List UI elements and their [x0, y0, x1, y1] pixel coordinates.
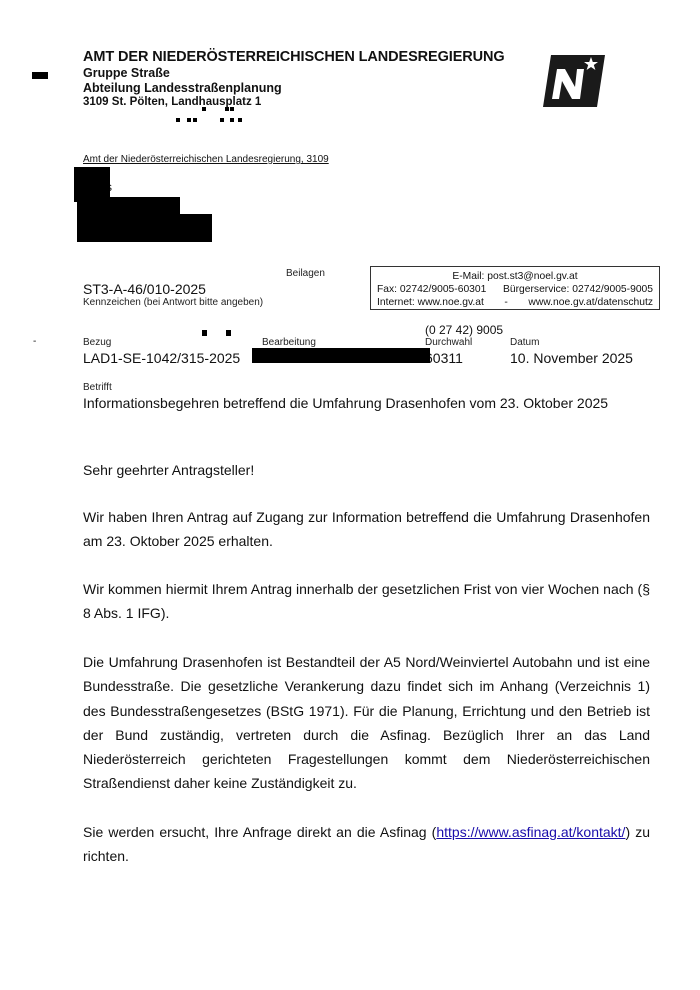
redaction-mark [230, 107, 234, 111]
referral-text-before: Sie werden ersucht, Ihre Anfrage direkt … [83, 824, 436, 840]
kennzeichen-label: Kennzeichen (bei Antwort bitte angeben) [83, 297, 263, 308]
contact-box: E-Mail: post.st3@noel.gv.at Fax: 02742/9… [370, 266, 660, 310]
redaction-mark [230, 118, 234, 122]
contact-buergerservice: Bürgerservice: 02742/9005-9005 [503, 283, 653, 296]
datum-label: Datum [510, 337, 539, 348]
redaction-mark [202, 107, 206, 111]
kennzeichen-value: ST3-A-46/010-2025 [83, 281, 206, 297]
contact-internet: Internet: www.noe.gv.at [377, 296, 484, 309]
department-name: Abteilung Landesstraßenplanung [83, 81, 282, 95]
redaction-mark [176, 118, 180, 122]
bezug-value: LAD1-SE-1042/315-2025 [83, 350, 240, 366]
datum-value: 10. November 2025 [510, 350, 633, 366]
asfinag-contact-link[interactable]: https://www.asfinag.at/kontakt/ [436, 824, 625, 840]
redaction-mark [226, 330, 231, 336]
bezug-label: Bezug [83, 337, 111, 348]
redaction-mark [220, 118, 224, 122]
bearbeitung-label: Bearbeitung [262, 337, 316, 348]
durchwahl-label: Durchwahl [425, 337, 472, 348]
redaction-block [32, 72, 48, 79]
authority-address: 3109 St. Pölten, Landhausplatz 1 [83, 96, 261, 108]
authority-name: AMT DER NIEDERÖSTERREICHISCHEN LANDESREG… [83, 49, 505, 65]
contact-email: E-Mail: post.st3@noel.gv.at [371, 270, 659, 283]
paragraph-receipt: Wir haben Ihren Antrag auf Zugang zur In… [83, 505, 650, 554]
contact-datenschutz: www.noe.gv.at/datenschutz [528, 296, 653, 309]
paragraph-deadline: Wir kommen hiermit Ihrem Antrag innerhal… [83, 577, 650, 626]
beilagen-label: Beilagen [286, 268, 325, 279]
betrifft-label: Betrifft [83, 382, 112, 393]
paragraph-referral: Sie werden ersucht, Ihre Anfrage direkt … [83, 820, 650, 869]
phone-prefix: (0 27 42) 9005 [425, 323, 503, 337]
redaction-mark [187, 118, 191, 122]
redaction-mark [238, 118, 242, 122]
redaction-mark [202, 330, 207, 336]
noe-logo-icon [541, 53, 607, 109]
recipient-redaction [77, 214, 212, 242]
group-name: Gruppe Straße [83, 66, 170, 80]
margin-mark: - [33, 336, 36, 347]
salutation: Sehr geehrter Antragsteller! [83, 458, 650, 482]
contact-separator: - [504, 296, 507, 309]
durchwahl-value: 60311 [425, 350, 463, 366]
redaction-mark [225, 107, 229, 111]
redaction-mark [193, 118, 197, 122]
return-address: Amt der Niederösterreichischen Landesreg… [83, 154, 329, 165]
contact-fax: Fax: 02742/9005-60301 [377, 283, 486, 296]
paragraph-jurisdiction: Die Umfahrung Drasenhofen ist Bestandtei… [83, 650, 650, 796]
subject-line: Informationsbegehren betreffend die Umfa… [83, 395, 608, 411]
bearbeitung-redaction [252, 348, 430, 363]
